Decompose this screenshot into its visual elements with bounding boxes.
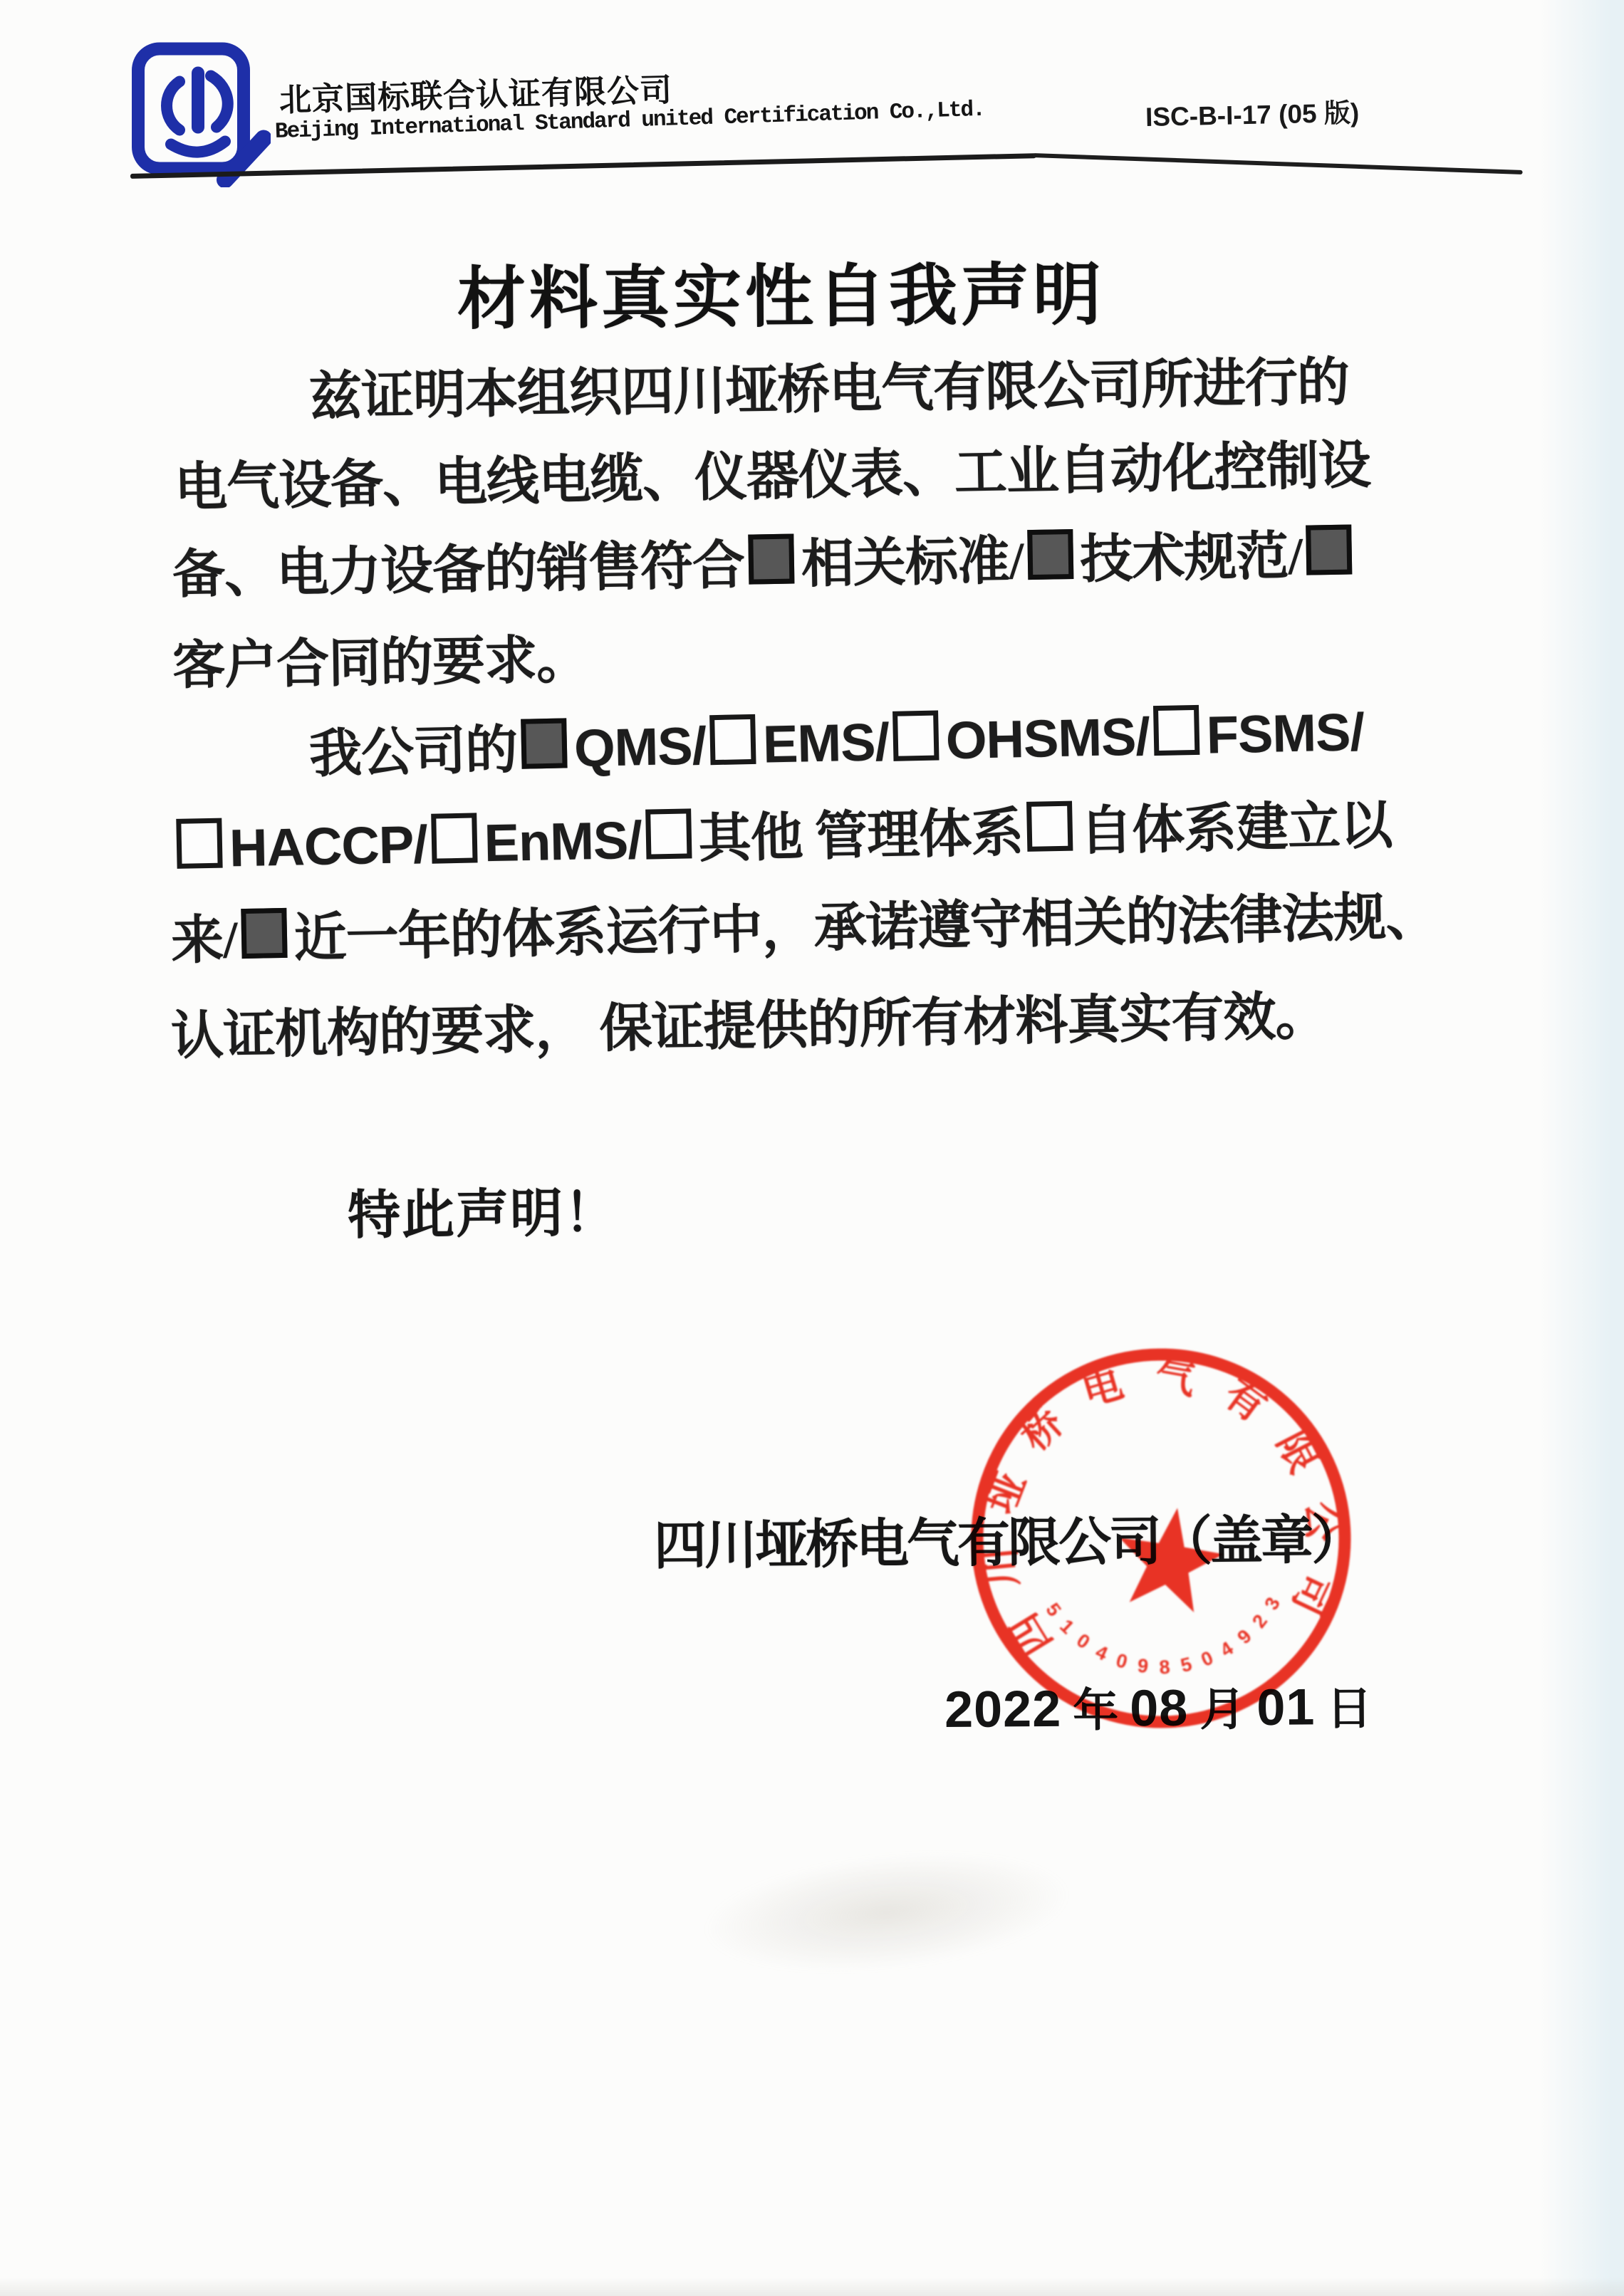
scan-bottom-shade [0, 2277, 1624, 2296]
body-text-segment: 我公司的 [308, 721, 518, 784]
body-text-segment: 其他 管理体系 [698, 804, 1024, 869]
body-text-segment: EMS/ [762, 712, 890, 774]
checkbox-empty [645, 808, 692, 859]
certification-body-logo-icon [128, 41, 271, 187]
body-text-segment: 备、电力设备的销售符合 [172, 537, 744, 605]
body-line-para2-1: 我公司的QMS/EMS/OHSMS/FSMS/ [308, 690, 1365, 788]
page-title: 材料真实性自我声明 [457, 241, 1105, 343]
checkbox-filled [521, 718, 567, 768]
body-text-segment: OHSMS/ [945, 706, 1150, 770]
document-code: ISC-B-I-17 (05 版) [1145, 91, 1359, 134]
body-text-segment: 相关标准/ [801, 532, 1024, 594]
body-text-segment: QMS/ [573, 716, 707, 778]
scan-edge-tint [1539, 0, 1624, 2296]
body-line-para2-3: 来/近一年的体系运行中，承诺遵守相关的法律法规、 [170, 875, 1438, 974]
checkbox-empty [1026, 801, 1073, 852]
body-text-segment: FSMS/ [1206, 702, 1365, 765]
checkbox-filled [1306, 525, 1352, 575]
seal-arc-text: 四川垭桥电气有限公司 [968, 1344, 1350, 1664]
seal-star-icon [1110, 1500, 1230, 1616]
body-line-para1-1: 兹证明本组织四川垭桥电气有限公司所进行的 [308, 340, 1349, 430]
scan-smudge [697, 1836, 1077, 1988]
checkbox-empty [709, 714, 756, 765]
company-seal-stamp: 四川垭桥电气有限公司 5104098504923 [937, 1314, 1386, 1763]
checkbox-empty [892, 710, 939, 761]
body-text-segment: 技术规范/ [1080, 528, 1303, 590]
body-line-para1-3: 备、电力设备的销售符合相关标准/技术规范/ [172, 513, 1360, 608]
body-line-para2-2: HACCP/EnMS/其他 管理体系自体系建立以 [172, 783, 1393, 883]
checkbox-filled [748, 534, 794, 585]
body-line-para1-4: 客户合同的要求。 [172, 617, 589, 699]
body-text-segment: 认证机构的要求， 保证提供的所有材料真实有效。 [170, 988, 1328, 1066]
checkbox-empty [1153, 705, 1199, 756]
checkbox-empty [176, 818, 222, 869]
body-text-segment: EnMS/ [484, 810, 642, 872]
seal-serial-number: 5104098504923 [1041, 1582, 1294, 1684]
closing-statement: 特此声明！ [347, 1171, 618, 1249]
body-text-segment: 客户合同的要求。 [172, 631, 588, 696]
checkbox-filled [241, 908, 287, 959]
body-text-segment: 近一年的体系运行中，承诺遵守相关的法律法规、 [293, 888, 1438, 969]
body-line-para2-4: 认证机构的要求， 保证提供的所有材料真实有效。 [170, 974, 1328, 1070]
body-text-segment: HACCP/ [229, 815, 427, 878]
body-text-segment: 来/ [170, 911, 237, 971]
header-divider-right [1033, 153, 1523, 174]
body-text-segment: 自体系建立以 [1079, 797, 1393, 862]
scanned-document-page: 北京国标联合认证有限公司 Beijing International Stand… [0, 0, 1624, 2296]
body-line-para1-2: 电气设备、电线电缆、仪器仪表、工业自动化控制设 [174, 423, 1371, 521]
checkbox-filled [1027, 529, 1073, 580]
checkbox-empty [431, 813, 477, 863]
body-text-segment: 电气设备、电线电缆、仪器仪表、工业自动化控制设 [174, 437, 1370, 518]
body-text-segment: 兹证明本组织四川垭桥电气有限公司所进行的 [309, 354, 1350, 427]
